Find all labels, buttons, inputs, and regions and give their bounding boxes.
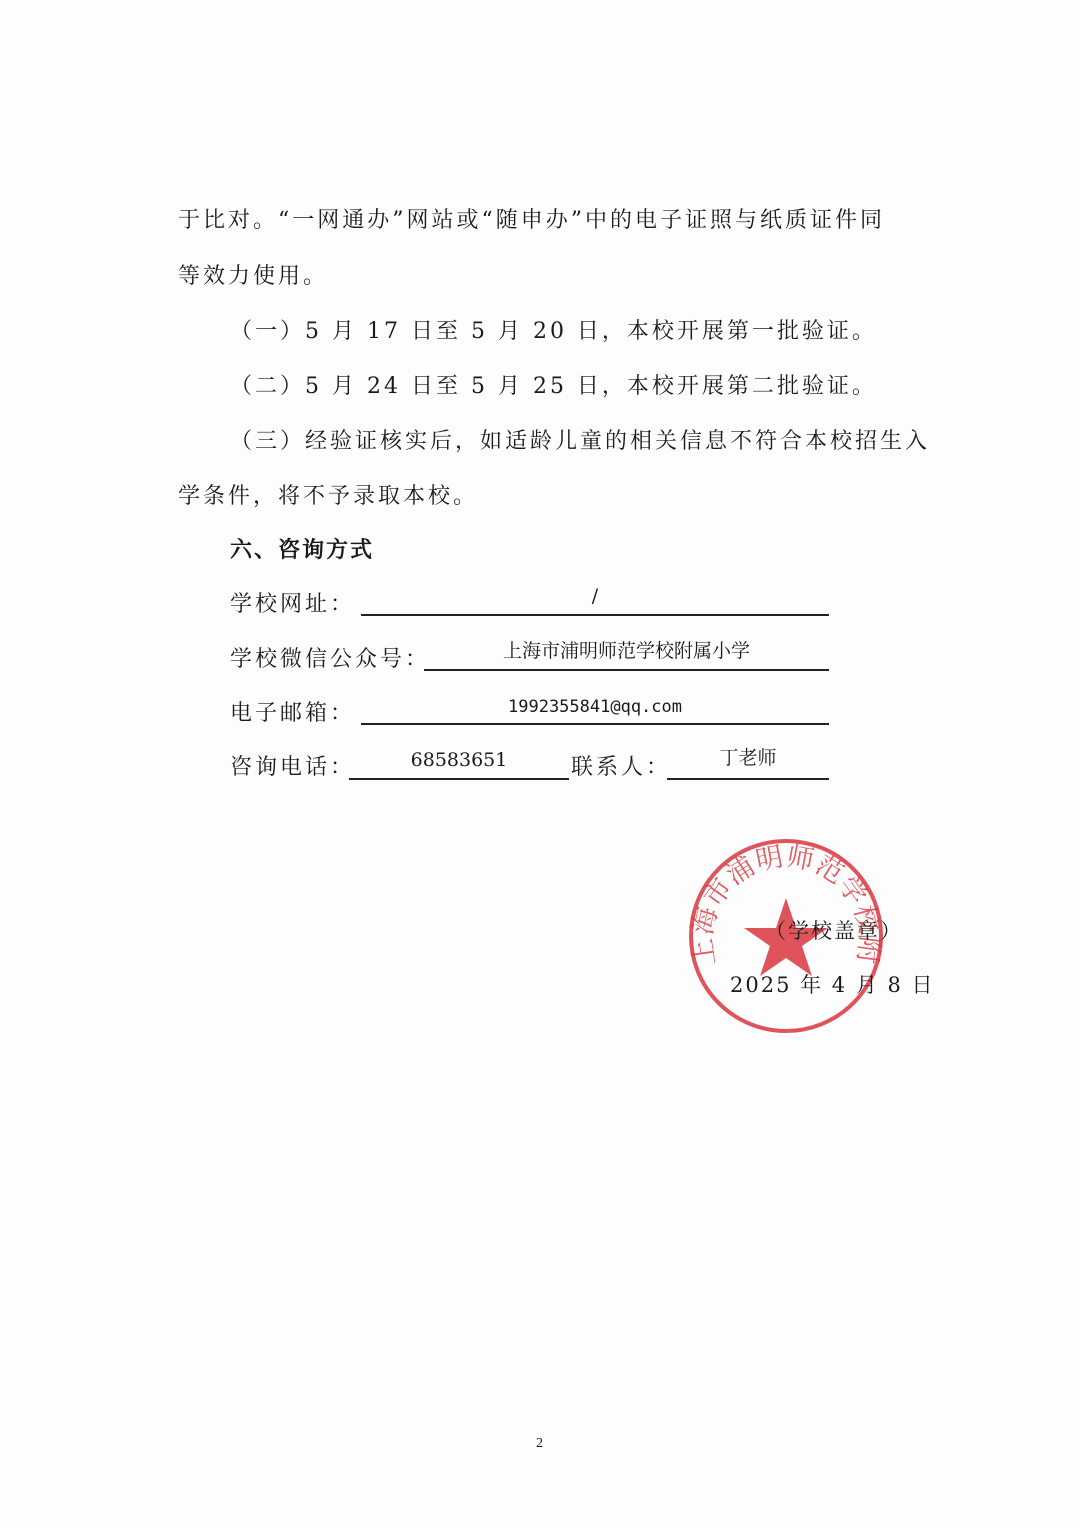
page-number: 2	[536, 1436, 543, 1452]
email-label: 电子邮箱：	[230, 699, 355, 729]
email-value: 1992355841@qq.com	[361, 695, 829, 719]
seal-note: （学校盖章）	[765, 916, 903, 946]
paragraph-line-2: 等效力使用。	[178, 262, 328, 292]
verification-item-2: （二）5 月 24 日至 5 月 25 日，本校开展第二批验证。	[230, 372, 877, 402]
phone-label: 咨询电话：	[230, 753, 355, 783]
verification-item-1: （一）5 月 17 日至 5 月 20 日，本校开展第一批验证。	[230, 317, 877, 347]
verification-item-3-continuation: 学条件，将不予录取本校。	[178, 482, 478, 512]
contact-label: 联系人：	[571, 753, 671, 783]
section-heading: 六、咨询方式	[230, 536, 374, 566]
website-label: 学校网址：	[230, 590, 355, 620]
wechat-label: 学校微信公众号：	[230, 645, 430, 675]
document-page: 于比对。“一网通办”网站或“随申办”中的电子证照与纸质证件同 等效力使用。 （一…	[0, 0, 1080, 1528]
phone-value: 68583651	[349, 748, 569, 772]
signature-date: 2025 年 4 月 8 日	[730, 970, 935, 1000]
contact-field: 丁老师	[667, 750, 829, 780]
wechat-field: 上海市浦明师范学校附属小学	[424, 641, 829, 671]
contact-value: 丁老师	[667, 746, 829, 770]
verification-item-3: （三）经验证核实后，如适龄儿童的相关信息不符合本校招生入	[230, 427, 930, 457]
phone-field: 68583651	[349, 750, 569, 780]
paragraph-line-1: 于比对。“一网通办”网站或“随申办”中的电子证照与纸质证件同	[178, 206, 885, 236]
wechat-value: 上海市浦明师范学校附属小学	[424, 639, 829, 663]
website-field: /	[361, 586, 829, 616]
email-field: 1992355841@qq.com	[361, 695, 829, 725]
website-value: /	[361, 584, 829, 608]
